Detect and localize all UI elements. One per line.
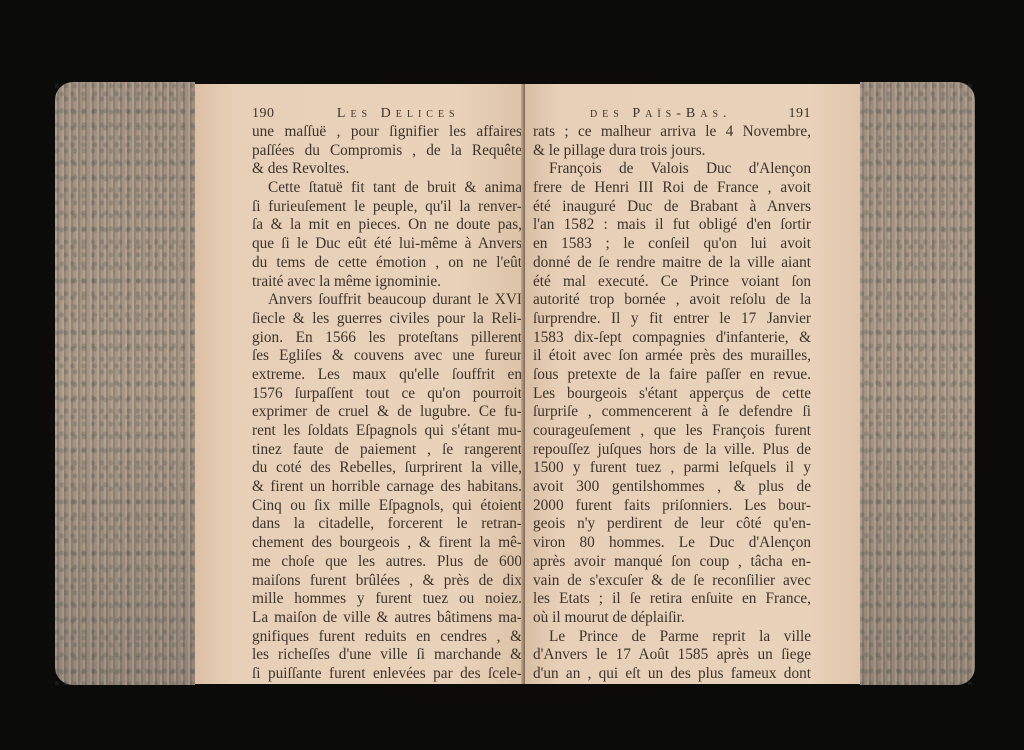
text-line: mille hommes y furent tuez ou noiez. <box>252 590 522 609</box>
text-line: ſi puiſſante furent enlevées par des ſce… <box>252 665 522 684</box>
text-line: d'un an , qui eſt un des plus fameux don… <box>533 665 811 684</box>
text-line: l'an 1582 : mais il fut obligé d'en ſort… <box>533 216 811 235</box>
left-page-edges <box>55 82 195 685</box>
text-line: tinez faute de paiement , ſe rangerent <box>252 441 522 460</box>
text-line: dans la citadelle, forcerent le retran- <box>252 515 522 534</box>
right-page: des Païs-Bas. 191 rats ; ce malheur arri… <box>525 84 860 684</box>
text-line: ſa & la mit en pieces. On ne doute pas, <box>252 216 522 235</box>
text-line: rats ; ce malheur arriva le 4 Novembre, <box>533 123 811 142</box>
text-line: 1500 y furent tuez , parmi leſquels il y <box>533 459 811 478</box>
page-number: 191 <box>788 106 811 122</box>
text-line: les Etats ; il ſe retira enſuite en Fran… <box>533 590 811 609</box>
text-line: maiſons furent brûlées , & près de dix <box>252 572 522 591</box>
text-line: 1583 dix-ſept compagnies d'infanterie, & <box>533 329 811 348</box>
text-line: rent les ſoldats Eſpagnols qui s'étant m… <box>252 422 522 441</box>
text-line: geois n'y perdirent de leur côté qu'en- <box>533 515 811 534</box>
text-line: été mal executé. Ce Prince voiant ſon <box>533 273 811 292</box>
text-line: courageuſement , que les François furent <box>533 422 811 441</box>
text-line: viron 80 hommes. Le Duc d'Alençon <box>533 534 811 553</box>
text-line: me choſe que les autres. Plus de 600 <box>252 553 522 572</box>
right-page-text: rats ; ce malheur arriva le 4 Novembre,&… <box>533 123 860 684</box>
text-line: traité avec la même ignominie. <box>252 273 522 292</box>
open-book: 190 Les Delices une maſſuë , pour ſignif… <box>55 82 975 685</box>
text-line: frere de Henri III Roi de France , avoit <box>533 179 811 198</box>
text-line: Le Prince de Parme reprit la ville <box>533 628 811 647</box>
text-line: ſurprendre. Il y fit entrer le 17 Janvie… <box>533 310 811 329</box>
text-line: avoit 300 gentilshommes , & plus de <box>533 478 811 497</box>
text-line: du tems de cette émotion , on ne l'eût <box>252 254 522 273</box>
page-number: 190 <box>252 106 275 122</box>
text-line: où il mourut de déplaiſir. <box>533 609 811 628</box>
text-line: gnifiques furent reduits en cendres , & <box>252 628 522 647</box>
right-page-edges <box>860 82 975 685</box>
text-line: d'Anvers le 17 Août 1585 après un ſiege <box>533 646 811 665</box>
text-line: été inauguré Duc de Brabant à Anvers <box>533 198 811 217</box>
text-line: exprimer de cruel & de lugubre. Ce fu- <box>252 403 522 422</box>
left-running-head: 190 Les Delices <box>252 106 522 123</box>
text-line: 2000 furent faits priſonniers. Les bour- <box>533 497 811 516</box>
text-line: & firent un horrible carnage des habitan… <box>252 478 522 497</box>
text-line: que ſi le Duc eût été lui-même à Anvers <box>252 235 522 254</box>
text-line: & le pillage dura trois jours. <box>533 142 811 161</box>
text-line: Les bourgeois s'étant apperçus de cette <box>533 385 811 404</box>
text-line: Cinq ou ſix mille Eſpagnols, qui étoient <box>252 497 522 516</box>
text-line: repouſſez juſques hors de la ville. Plus… <box>533 441 811 460</box>
text-line: extreme. Les maux qu'elle ſouffrit en <box>252 366 522 385</box>
text-line: il étoit avec ſon armée près des muraill… <box>533 347 811 366</box>
right-running-head: des Païs-Bas. 191 <box>533 106 811 123</box>
text-line: La maiſon de ville & autres bâtimens ma- <box>252 609 522 628</box>
text-line: ſurpriſe , commencerent à ſe defendre ſi <box>533 403 811 422</box>
text-line: Cette ſtatuë fit tant de bruit & anima <box>252 179 522 198</box>
text-line: du coté des Rebelles, ſurprirent la vill… <box>252 459 522 478</box>
text-line: gion. En 1566 les proteſtans pillerent <box>252 329 522 348</box>
text-line: ſes Egliſes & couvens avec une fureur <box>252 347 522 366</box>
text-line: & des Revoltes. <box>252 160 522 179</box>
text-line: Anvers ſouffrit beaucoup durant le XVI <box>252 291 522 310</box>
text-line: chement des bourgeois , & firent la mê- <box>252 534 522 553</box>
text-line: paſſées du Compromis , de la Requête <box>252 142 522 161</box>
text-line: une maſſuë , pour ſignifier les affaires <box>252 123 522 142</box>
text-line: ſiecle & les guerres civiles pour la Rel… <box>252 310 522 329</box>
text-line: après avoir manqué ſon coup , tâcha en- <box>533 553 811 572</box>
running-head-title: des Païs-Bas. <box>590 106 732 122</box>
running-head-title: Les Delices <box>337 106 460 122</box>
text-line: vain de s'excuſer & de ſe reconſilier av… <box>533 572 811 591</box>
text-line: François de Valois Duc d'Alençon <box>533 160 811 179</box>
text-line: en 1583 ; le conſeil qu'on lui avoit <box>533 235 811 254</box>
text-line: donné de ſe rendre maitre de la ville ai… <box>533 254 811 273</box>
left-page: 190 Les Delices une maſſuë , pour ſignif… <box>195 84 525 684</box>
text-line: les richeſſes d'une ville ſi marchande & <box>252 646 522 665</box>
text-line: ſous pretexte de la faire paſſer en revu… <box>533 366 811 385</box>
left-page-text: une maſſuë , pour ſignifier les affaires… <box>252 123 525 684</box>
text-line: 1576 ſurpaſſent tout ce qu'on pourroit <box>252 385 522 404</box>
text-line: ſi furieuſement le peuple, qu'il la renv… <box>252 198 522 217</box>
text-line: autorité trop bornée , avoit reſolu de l… <box>533 291 811 310</box>
